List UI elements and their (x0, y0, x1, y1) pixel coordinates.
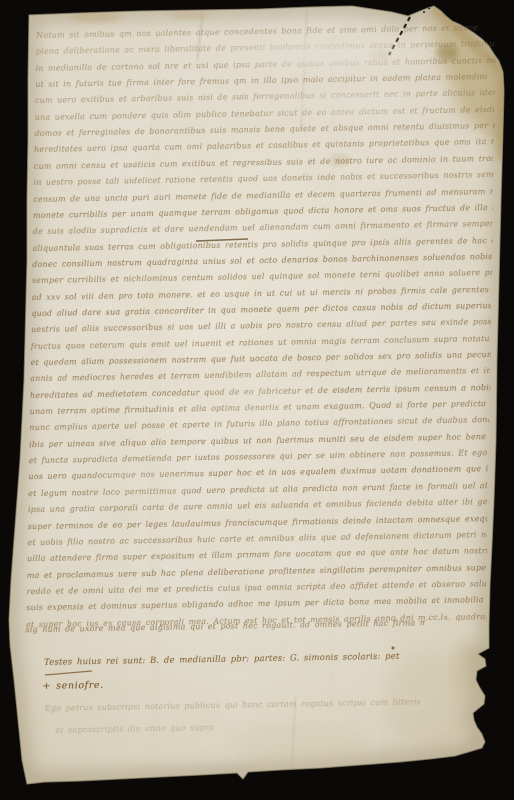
ghost-mark-stain (170, 10, 210, 20)
dark-stain-spot (436, 45, 458, 61)
ink-dot (392, 647, 395, 650)
edge-speckle (423, 11, 425, 13)
bottom-mottle (230, 723, 370, 767)
parchment-graphic (0, 0, 514, 800)
bottom-mottle (385, 650, 475, 750)
manuscript-photo: Notum sit omibus qm nos uolentes atque c… (0, 0, 514, 800)
small-stain (371, 50, 389, 60)
